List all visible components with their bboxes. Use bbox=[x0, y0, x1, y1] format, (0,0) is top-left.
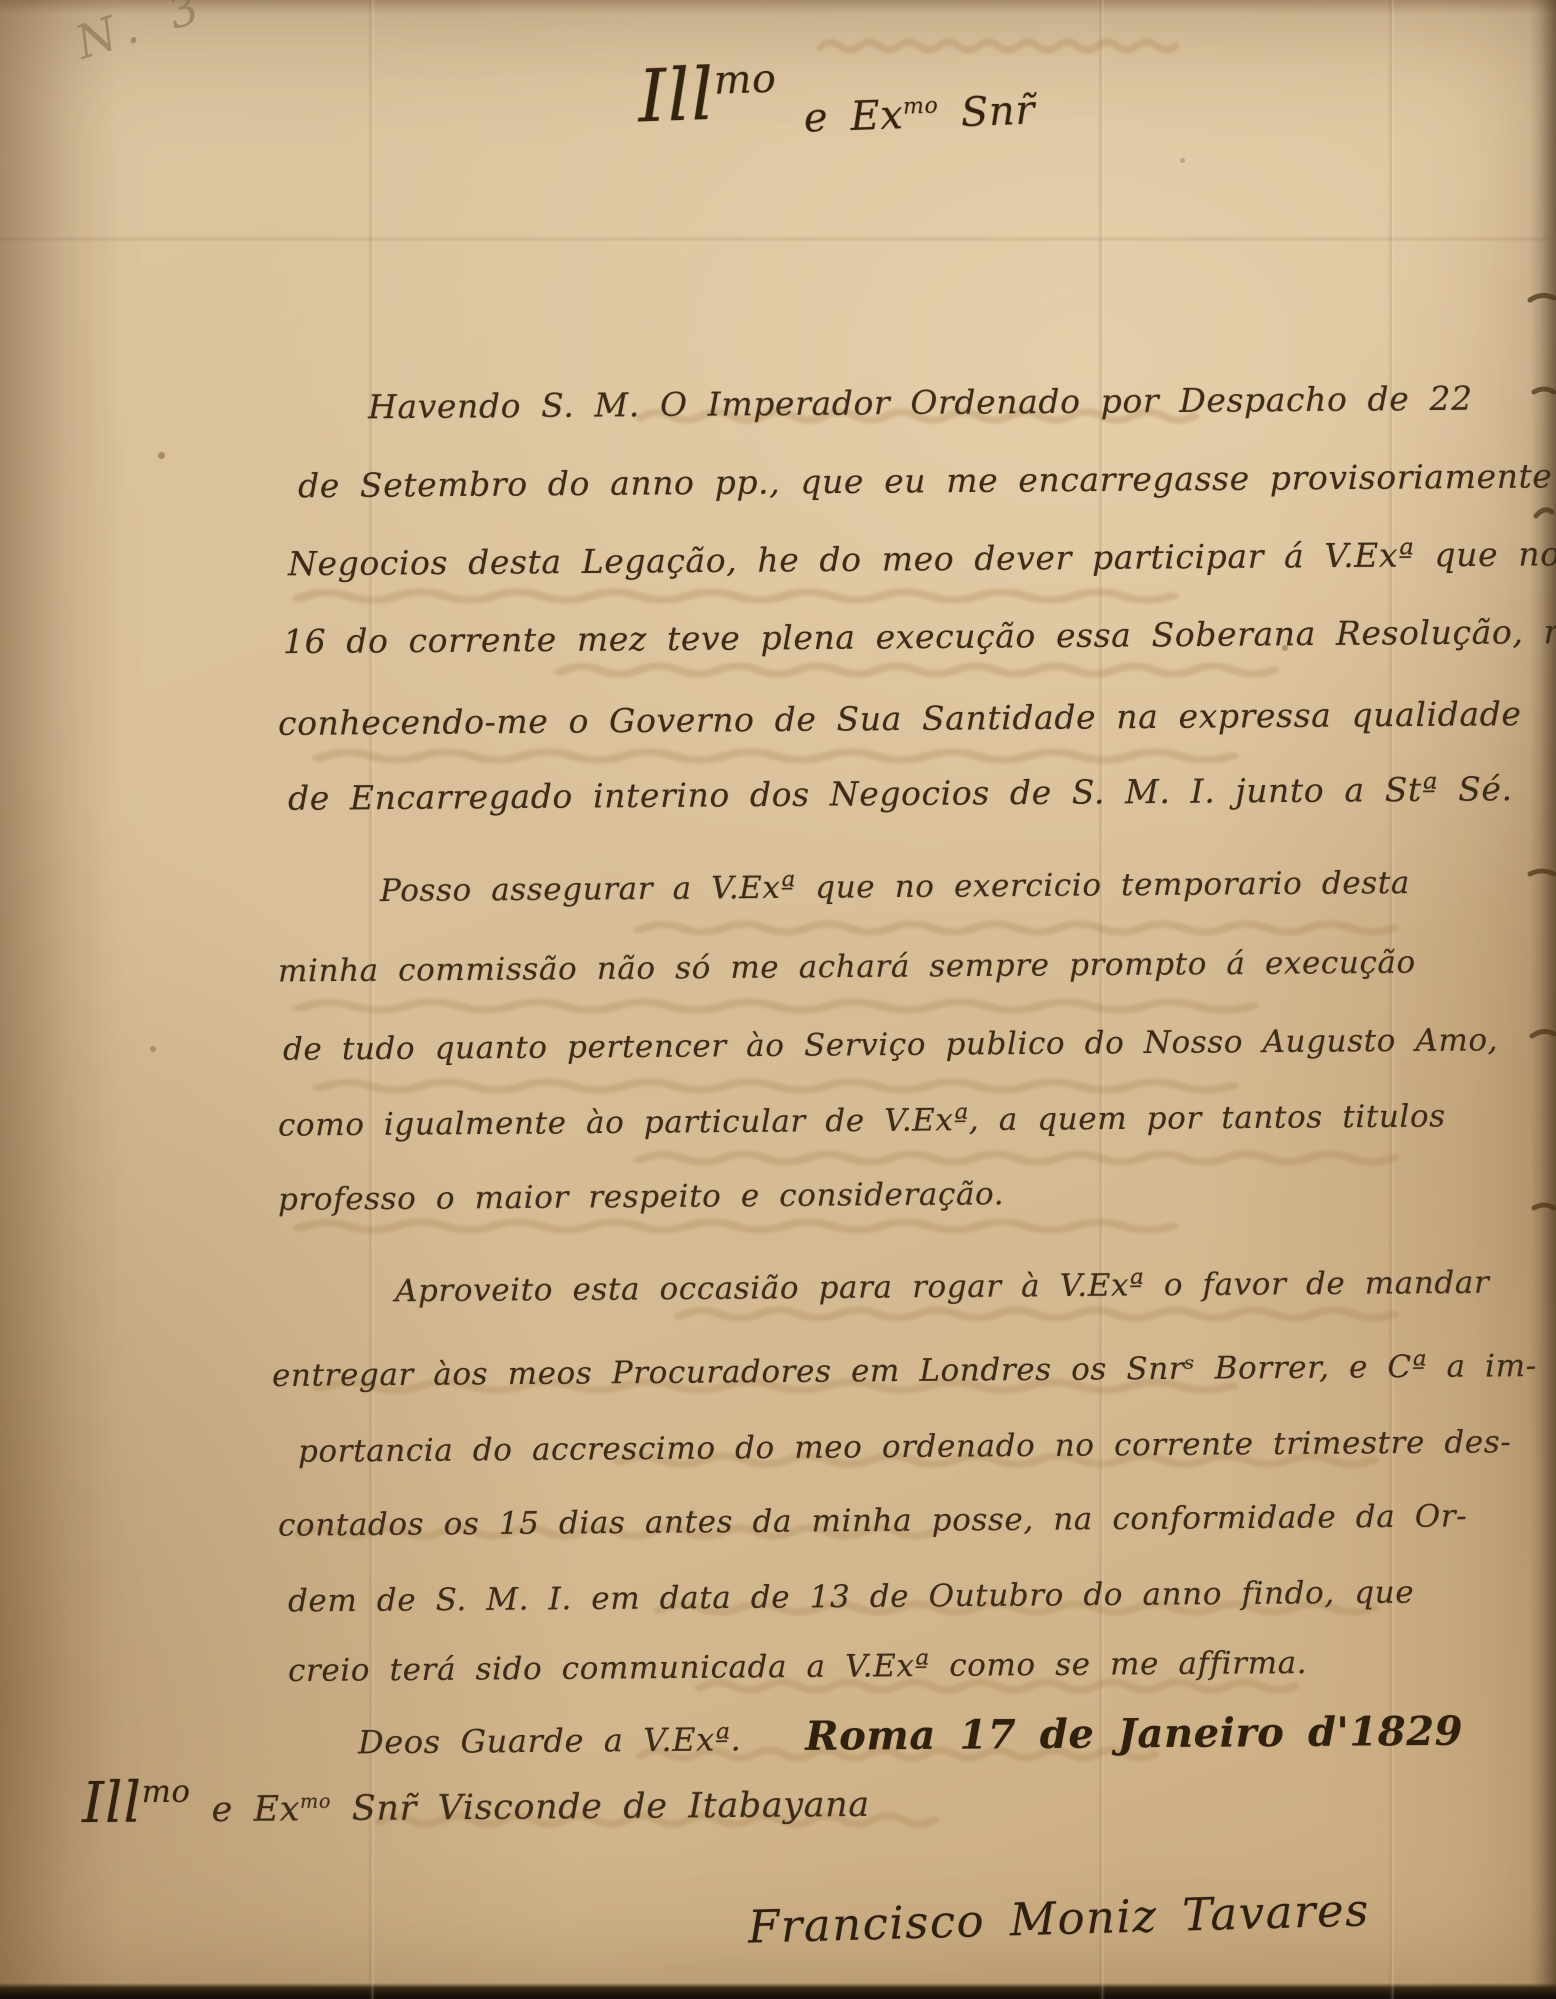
salutation-heading: Illmoe Exmo Snr̃ bbox=[637, 42, 1010, 139]
closing-line: Deos Guarde a V.Exª.Roma 17 de Janeiro d… bbox=[358, 1708, 1463, 1764]
closing-place-date: Roma 17 de Janeiro d'1829 bbox=[805, 1708, 1463, 1760]
vertical-fold-crease bbox=[368, 0, 375, 1999]
foxing-spot bbox=[158, 452, 165, 459]
salutation-exmo-snr: e Exmo Snr̃ bbox=[803, 88, 1036, 142]
closing-blessing: Deos Guarde a V.Exª. bbox=[358, 1720, 742, 1761]
body-line: conhecendo-me o Governo de Sua Santidade… bbox=[278, 694, 1522, 743]
vertical-fold-crease bbox=[1388, 0, 1395, 1999]
body-line: de tudo quanto pertencer ào Serviço publ… bbox=[283, 1022, 1498, 1068]
body-line: entregar àos meos Procuradores em Londre… bbox=[272, 1348, 1537, 1394]
body-line: minha commissão não só me achará sempre … bbox=[278, 945, 1416, 990]
address-illmo: Illmo bbox=[82, 1770, 191, 1836]
body-line: Aproveito esta occasião para rogar à V.E… bbox=[395, 1265, 1490, 1310]
address-rest: Snr̃ Visconde de Itabayana bbox=[352, 1785, 870, 1829]
body-line: dem de S. M. I. em data de 13 de Outubro… bbox=[288, 1575, 1414, 1620]
paper-right-edge-shading bbox=[1530, 0, 1556, 1999]
vertical-fold-crease bbox=[1098, 0, 1105, 1999]
body-line: 16 do corrente mez teve plena execução e… bbox=[283, 612, 1556, 661]
body-line: Havendo S. M. O Imperador Ordenado por D… bbox=[368, 379, 1473, 427]
horizontal-fold-crease bbox=[0, 236, 1556, 242]
foxing-spot bbox=[1180, 158, 1185, 163]
signature: Francisco Moniz Tavares bbox=[747, 1883, 1370, 1953]
body-line: Negocios desta Legação, he do meo dever … bbox=[288, 534, 1556, 584]
body-line: contados os 15 dias antes da minha posse… bbox=[278, 1498, 1468, 1543]
body-line: Posso assegurar a V.Exª que no exercicio… bbox=[380, 865, 1410, 909]
paper-left-edge-shading bbox=[0, 0, 120, 1999]
foxing-spot bbox=[150, 1046, 156, 1052]
manuscript-letter-page: N. 3 Illmoe Exmo Snr̃ Havendo S. M. O Im… bbox=[0, 0, 1556, 1999]
body-line: creio terá sido communicada a V.Exª como… bbox=[288, 1645, 1307, 1689]
pencil-archival-note: N. 3 bbox=[69, 0, 215, 70]
paper-top-edge-shading bbox=[0, 0, 1556, 14]
paper-bottom-edge-strip bbox=[0, 1983, 1556, 1999]
salutation-illmo: Illmo bbox=[637, 50, 779, 139]
body-line: de Encarregado interino dos Negocios de … bbox=[288, 769, 1513, 818]
address-exmo: e Exmo bbox=[211, 1789, 331, 1830]
body-line: portancia do accrescimo do meo ordenado … bbox=[298, 1424, 1512, 1470]
body-line: professo o maior respeito e consideração… bbox=[278, 1176, 1004, 1218]
body-line: de Setembro do anno pp., que eu me encar… bbox=[298, 456, 1556, 505]
ink-bleedthrough-texture bbox=[0, 0, 1556, 1999]
body-line: como igualmente ào particular de V.Exª, … bbox=[278, 1098, 1446, 1143]
addressee-line: Illmo e Exmo Snr̃ Visconde de Itabayana bbox=[82, 1765, 870, 1836]
